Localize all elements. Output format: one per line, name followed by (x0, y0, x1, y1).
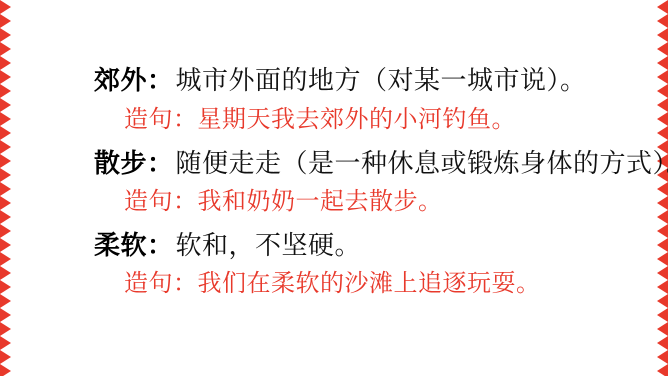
example-line: 造句：我们在柔软的沙滩上追逐玩耍。 (124, 271, 541, 296)
definition-text: 城市外面的地方（对某一城市说）。 (176, 65, 587, 95)
example-text: 我和奶奶一起去散步。 (198, 188, 443, 215)
example-label: 造句： (124, 270, 198, 297)
term-text: 柔软： (94, 230, 174, 260)
definition-text: 软和，不坚硬。 (176, 230, 362, 260)
example-label: 造句： (124, 188, 198, 215)
zigzag-border-right-icon (655, 0, 668, 376)
example-text: 我们在柔软的沙滩上追逐玩耍。 (198, 270, 541, 297)
term-line: 柔软：软和，不坚硬。 (94, 232, 361, 259)
term-line: 郊外：城市外面的地方（对某一城市说）。 (94, 67, 587, 94)
definition-text: 随便走走（是一种休息或锻炼身体的方式）。 (176, 148, 668, 178)
example-line: 造句：星期天我去郊外的小河钓鱼。 (124, 107, 516, 132)
example-text: 星期天我去郊外的小河钓鱼。 (198, 106, 517, 133)
zigzag-border-left-icon (0, 0, 13, 376)
term-text: 散步： (94, 148, 174, 178)
slide-background: 郊外：城市外面的地方（对某一城市说）。 造句：星期天我去郊外的小河钓鱼。 散步：… (0, 0, 668, 376)
example-label: 造句： (124, 106, 198, 133)
term-line: 散步：随便走走（是一种休息或锻炼身体的方式）。 (94, 150, 668, 177)
term-text: 郊外： (94, 65, 174, 95)
example-line: 造句：我和奶奶一起去散步。 (124, 189, 443, 214)
